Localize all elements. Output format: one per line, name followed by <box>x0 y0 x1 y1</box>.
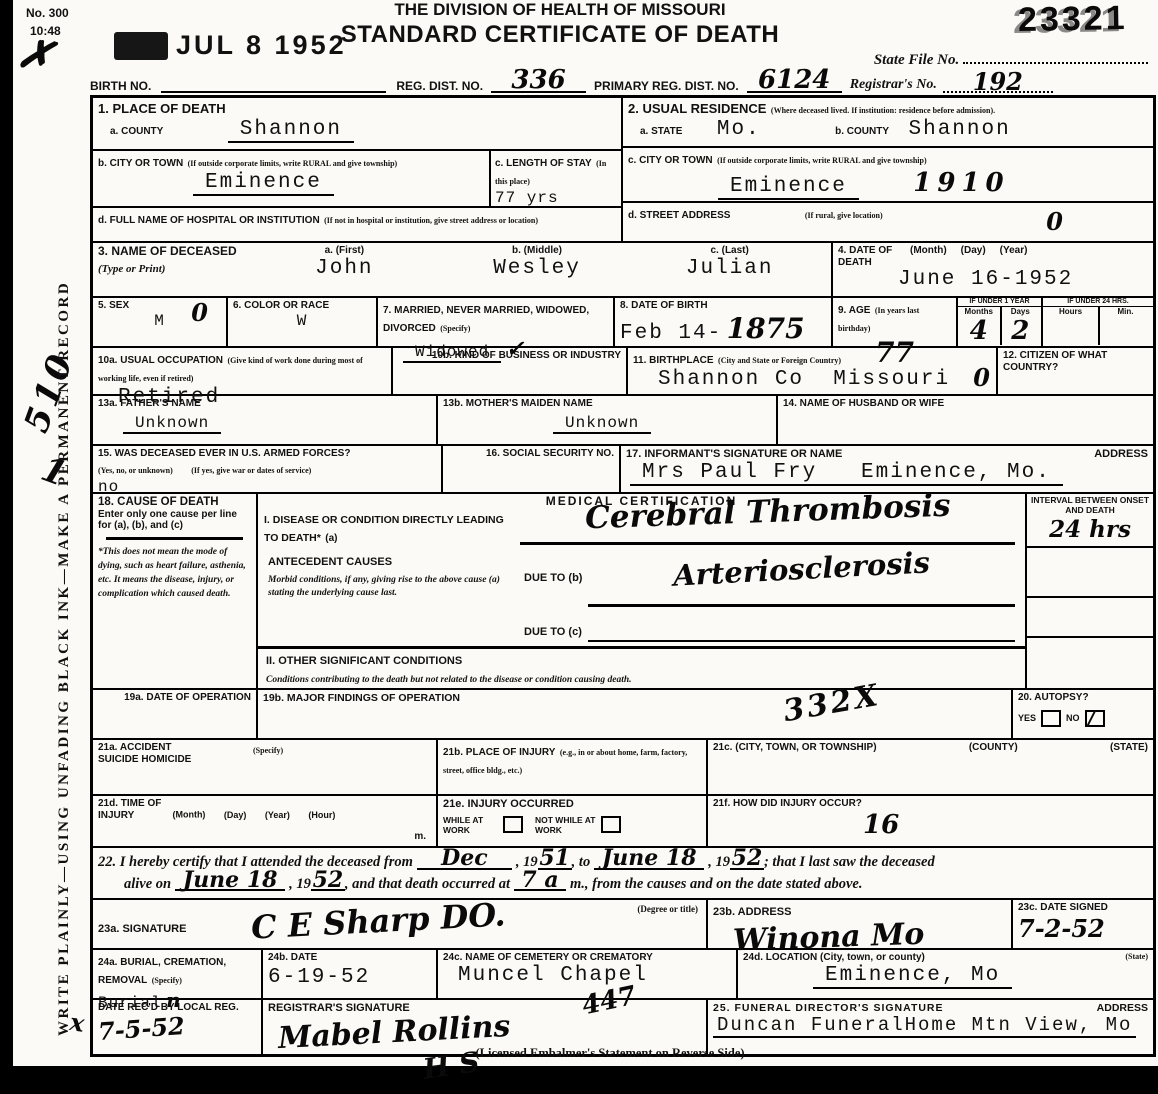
days-col: Days 2 <box>1000 307 1042 345</box>
middle-name-value: Wesley <box>493 257 581 280</box>
name-label-block: 3. NAME OF DECEASED (Type or Print) <box>98 245 248 294</box>
certify-text-5: ; that I last saw the deceased <box>764 855 935 870</box>
line-a-label: (a) <box>325 533 337 544</box>
mother-label: 13b. MOTHER'S MAIDEN NAME <box>443 398 771 410</box>
field-burial-type: 24a. BURIAL, CREMATION, REMOVAL (Specify… <box>93 950 263 998</box>
months-label: Months <box>958 307 1000 316</box>
dob-label: 8. DATE OF BIRTH <box>620 300 826 312</box>
under24-header: IF UNDER 24 HRS. <box>1043 298 1153 307</box>
injury-time-label: 21d. TIME OF INJURY <box>98 798 168 821</box>
residence-city-handwriting: 1910 <box>913 168 1009 198</box>
race-value: W <box>233 312 371 330</box>
hours-min-divider <box>1098 307 1100 345</box>
burial-date-label: 24b. DATE <box>268 952 431 964</box>
place-of-death-title: 1. PLACE OF DEATH <box>98 101 226 116</box>
funeral-director-value: Duncan FuneralHome Mtn View, Mo <box>713 1014 1136 1038</box>
death-certificate-scan: No. 300 10:48 ✗ 510 1 x WRITE PLAINLY—US… <box>0 0 1158 1094</box>
other-conditions-block: II. OTHER SIGNIFICANT CONDITIONS Conditi… <box>258 646 1025 689</box>
occupation-label: 10a. USUAL OCCUPATION <box>98 355 223 366</box>
filed-stamp: JUL 8 1952 <box>114 30 347 61</box>
spouse-label: 14. NAME OF HUSBAND OR WIFE <box>783 398 1148 410</box>
filed-date: JUL 8 1952 <box>176 30 347 61</box>
dob-handwriting: 1875 <box>727 312 805 345</box>
field-how-injury-occurred: 21f. HOW DID INJURY OCCUR? 16 <box>708 796 1153 846</box>
first-name-label: a. (First) <box>248 245 441 257</box>
field-accident-suicide: 21a. ACCIDENT SUICIDE HOMICIDE (Specify) <box>93 740 438 794</box>
field-informant: 17. INFORMANT'S SIGNATURE OR NAME ADDRES… <box>621 446 1153 492</box>
age-label: 9. AGE <box>838 305 870 316</box>
dod-day-label: (Day) <box>961 245 986 268</box>
primary-reg-value: 6124 <box>747 70 842 93</box>
name-title: 3. NAME OF DECEASED <box>98 245 248 259</box>
physician-address-label: 23b. ADDRESS <box>713 906 791 918</box>
line-b: Arteriosclerosis <box>588 552 1015 607</box>
residence-county-value: Shannon <box>908 118 1010 141</box>
certify-text-7: , 19 <box>289 877 311 892</box>
residence-city-cell: c. CITY OR TOWN (If outside corporate li… <box>623 148 1153 203</box>
row-sex-race-age: 5. SEX M 0 6. COLOR OR RACE W 7. MARRIED… <box>93 298 1153 348</box>
street-address-label: d. STREET ADDRESS <box>628 210 730 221</box>
field-date-of-birth: 8. DATE OF BIRTH Feb 14- 1875 <box>615 298 833 346</box>
hospital-name-cell: d. FULL NAME OF HOSPITAL OR INSTITUTION … <box>93 208 621 239</box>
cause-a-handwriting: Cerebral Thrombosis <box>584 488 951 537</box>
field-time-of-injury: 21d. TIME OF INJURY (Month) (Day) (Year)… <box>93 796 438 846</box>
residence-state-county: 2. USUAL RESIDENCE (Where deceased lived… <box>623 98 1153 148</box>
residence-title: 2. USUAL RESIDENCE <box>628 101 766 116</box>
field-date-received: DATE REC'D BY LOCAL REG. 7-5-52 <box>93 1000 263 1054</box>
row-operation-autopsy: 19a. DATE OF OPERATION 19b. MAJOR FINDIN… <box>93 690 1153 740</box>
field-birthplace: 11. BIRTHPLACE (City and State or Foreig… <box>628 348 998 394</box>
certify-text-6: alive on <box>124 877 171 892</box>
citizen-label: 12. CITIZEN OF WHAT COUNTRY? <box>1003 350 1148 373</box>
under1yr-header: IF UNDER 1 YEAR <box>958 298 1041 307</box>
cemetery-label: 24c. NAME OF CEMETERY OR CREMATORY <box>443 952 731 964</box>
field-citizen: 12. CITIZEN OF WHAT COUNTRY? <box>998 348 1153 394</box>
state-file-label-text: State File No. <box>874 52 959 68</box>
dod-year-label: (Year) <box>1000 245 1028 268</box>
days-value: 2 <box>1011 316 1029 346</box>
registration-line: BIRTH NO. REG. DIST. NO. 336 PRIMARY REG… <box>90 70 1156 93</box>
field-usual-residence: 2. USUAL RESIDENCE (Where deceased lived… <box>623 98 1153 241</box>
industry-label: 10b. KIND OF BUSINESS OR INDUSTRY <box>398 350 621 362</box>
birthplace-note: (City and State or Foreign Country) <box>718 356 841 365</box>
certify-from-month: Dec <box>417 850 512 870</box>
residence-county-label: b. COUNTY <box>835 126 889 138</box>
field-armed-forces: 15. WAS DECEASED EVER IN U.S. ARMED FORC… <box>93 446 443 492</box>
certify-death-hour: 7 a <box>514 872 566 892</box>
autopsy-no-mark: ∕ <box>1088 706 1095 730</box>
months-value: 4 <box>970 316 988 346</box>
field-father-name: 13a. FATHER'S NAME Unknown <box>93 396 438 444</box>
burial-location-state-label: (State) <box>1125 952 1148 964</box>
mother-value: Unknown <box>553 414 651 434</box>
certify-text-9: m., from the causes and on the date stat… <box>570 877 862 892</box>
certify-alive-year: 52 <box>311 872 345 892</box>
place-of-death-county: 1. PLACE OF DEATH a. COUNTY Shannon <box>93 98 621 151</box>
embalmer-note: (Licensed Embalmer's Statement on Revers… <box>330 1046 890 1061</box>
physician-signature-handwriting: C E Sharp DO. <box>250 895 506 946</box>
other-conditions-label: II. OTHER SIGNIFICANT CONDITIONS <box>266 655 462 667</box>
accident-label: 21a. ACCIDENT SUICIDE HOMICIDE <box>98 742 208 765</box>
armed-forces-label: 15. WAS DECEASED EVER IN U.S. ARMED FORC… <box>98 448 436 460</box>
last-name-label: c. (Last) <box>633 245 826 257</box>
armed-forces-value: no <box>98 478 119 496</box>
row-accident: 21a. ACCIDENT SUICIDE HOMICIDE (Specify)… <box>93 740 1153 796</box>
field-place-of-death: 1. PLACE OF DEATH a. COUNTY Shannon b. C… <box>93 98 623 241</box>
birthplace-handwriting: 0 <box>973 363 990 392</box>
hours-col: Hours <box>1043 307 1098 345</box>
funeral-director-label: 25. FUNERAL DIRECTOR'S SIGNATURE <box>713 1002 944 1014</box>
county-label: a. COUNTY <box>110 126 163 138</box>
autopsy-yes-checkbox <box>1041 710 1061 727</box>
field-burial-location: 24d. LOCATION (City, town, or county) (S… <box>738 950 1153 998</box>
scan-edge-left <box>0 0 13 1094</box>
state-file-number-stamp: 23321 <box>1018 0 1128 40</box>
field-certify-statement: 22. I hereby certify that I attended the… <box>93 848 1153 898</box>
field-injury-location: 21c. (CITY, TOWN, OR TOWNSHIP) (COUNTY) … <box>708 740 1153 794</box>
interval-line-c <box>1027 598 1153 638</box>
city-value: Eminence <box>193 171 334 196</box>
field-industry: 10b. KIND OF BUSINESS OR INDUSTRY <box>393 348 628 394</box>
field-cause-of-death-notes: 18. CAUSE OF DEATH Enter only one cause … <box>93 494 258 688</box>
field-spouse-name: 14. NAME OF HUSBAND OR WIFE <box>778 396 1153 444</box>
injury-year-label: (Year) <box>265 810 290 820</box>
state-file-label: State File No. <box>874 48 1148 69</box>
dob-typed: Feb 14- <box>620 322 722 345</box>
father-label: 13a. FATHER'S NAME <box>98 398 431 410</box>
city-or-town-cell: b. CITY OR TOWN (If outside corporate li… <box>93 151 491 206</box>
burial-date-value: 6-19-52 <box>268 966 370 989</box>
hospital-label: d. FULL NAME OF HOSPITAL OR INSTITUTION <box>98 215 320 226</box>
injury-city-label: 21c. (CITY, TOWN, OR TOWNSHIP) <box>713 742 877 754</box>
informant-value: Mrs Paul Fry Eminence, Mo. <box>630 461 1063 486</box>
disease-label-block: I. DISEASE OR CONDITION DIRECTLY LEADING… <box>264 510 514 546</box>
street-address-handwriting: 0 <box>1046 207 1063 236</box>
hospital-note: (If not in hospital or institution, give… <box>324 216 538 225</box>
cause-note2: *This does not mean the mode of dying, s… <box>98 546 251 601</box>
field-age: 9. AGE (In years last birthday) 77 <box>833 298 958 346</box>
field-injury-occurred: 21e. INJURY OCCURRED WHILE AT WORK NOT W… <box>438 796 708 846</box>
race-label: 6. COLOR OR RACE <box>233 300 371 312</box>
accident-note: (Specify) <box>253 746 283 755</box>
certify-text-8: , and that death occurred at <box>345 877 510 892</box>
not-while-at-work-label: NOT WHILE AT WORK <box>535 815 597 835</box>
reg-dist-value: 336 <box>491 70 586 93</box>
county-value: Shannon <box>228 118 354 143</box>
residence-city-label: c. CITY OR TOWN <box>628 155 713 166</box>
armed-forces-note2: (If yes, give war or dates of service) <box>191 466 311 475</box>
residence-city-value: Eminence <box>718 175 859 200</box>
autopsy-no-checkbox: ∕ <box>1085 710 1105 727</box>
injury-month-label: (Month) <box>172 810 205 820</box>
date-signed-label: 23c. DATE SIGNED <box>1018 902 1148 914</box>
field-place-of-injury: 21b. PLACE OF INJURY (e.g., in or about … <box>438 740 708 794</box>
certify-text-3: , to <box>572 855 591 870</box>
date-signed-handwriting: 7-2-52 <box>1018 914 1105 943</box>
division-title: THE DIVISION OF HEALTH OF MISSOURI <box>250 0 870 20</box>
cause-b-handwriting: Arteriosclerosis <box>672 545 930 592</box>
form-number: No. 300 <box>26 6 69 20</box>
interval-line-a: 24 hrs <box>1027 516 1153 548</box>
name-note: (Type or Print) <box>98 263 165 275</box>
injury-hour-label: (Hour) <box>308 810 335 820</box>
birth-no-blank <box>161 77 386 93</box>
residence-city-note: (If outside corporate limits, write RURA… <box>717 156 927 165</box>
pen-scribble-top: ✗ <box>13 27 58 82</box>
residence-state-label: a. STATE <box>640 126 682 138</box>
street-address-note: (If rural, give location) <box>805 211 883 220</box>
field-burial-date: 24b. DATE 6-19-52 <box>263 950 438 998</box>
how-injury-scribble: 16 <box>863 810 899 840</box>
degree-note: (Degree or title) <box>637 904 698 914</box>
field-date-signed: 23c. DATE SIGNED 7-2-52 <box>1013 900 1153 948</box>
certify-alive-month: June 18 <box>175 872 285 892</box>
certify-to-year: 52 <box>730 850 764 870</box>
row-injury-time: 21d. TIME OF INJURY (Month) (Day) (Year)… <box>93 796 1153 848</box>
informant-label: 17. INFORMANT'S SIGNATURE OR NAME <box>626 448 842 461</box>
field-operation-findings: 19b. MAJOR FINDINGS OF OPERATION 332X <box>258 690 1013 738</box>
row-physician: 23a. SIGNATURE C E Sharp DO. (Degree or … <box>93 900 1153 950</box>
middle-name-label: b. (Middle) <box>441 245 634 257</box>
informant-address-label: ADDRESS <box>1094 448 1148 461</box>
row-certify: 22. I hereby certify that I attended the… <box>93 848 1153 900</box>
autopsy-no-label: NO <box>1066 713 1080 723</box>
length-of-stay-label: c. LENGTH OF STAY <box>495 158 592 169</box>
injury-county-label: (COUNTY) <box>969 742 1018 754</box>
row-cause-of-death: 18. CAUSE OF DEATH Enter only one cause … <box>93 494 1153 690</box>
city-label: b. CITY OR TOWN <box>98 158 183 169</box>
first-name-col: a. (First) John <box>248 245 441 294</box>
autopsy-label: 20. AUTOPSY? <box>1018 692 1148 704</box>
hours-label: Hours <box>1043 307 1098 316</box>
field-under-1-year: IF UNDER 1 YEAR Months 4 Days 2 <box>958 298 1043 346</box>
birthplace-label: 11. BIRTHPLACE <box>633 355 714 366</box>
date-received-handwriting: 7-5-52 <box>97 1011 186 1046</box>
residence-note: (Where deceased lived. If institution: r… <box>771 106 995 115</box>
signature-label: 23a. SIGNATURE <box>98 923 186 935</box>
row-occupation-birthplace: 10a. USUAL OCCUPATION (Give kind of work… <box>93 348 1153 396</box>
field-autopsy: 20. AUTOPSY? YES NO ∕ <box>1013 690 1153 738</box>
registrar-no-value: 192 <box>943 72 1053 93</box>
primary-reg-label: PRIMARY REG. DIST. NO. <box>594 79 739 93</box>
field-occupation: 10a. USUAL OCCUPATION (Give kind of work… <box>93 348 393 394</box>
father-value: Unknown <box>123 414 221 434</box>
min-col: Min. <box>1098 307 1153 345</box>
not-while-at-work-checkbox <box>601 816 621 833</box>
days-label: Days <box>1000 307 1042 316</box>
injury-place-label: 21b. PLACE OF INJURY <box>443 747 555 758</box>
interval-header: INTERVAL BETWEEN ONSET AND DEATH <box>1027 496 1153 516</box>
filed-stamp-icon <box>114 32 168 60</box>
interval-line-b <box>1027 548 1153 598</box>
burial-location-label: 24d. LOCATION (City, town, or county) <box>743 952 925 964</box>
antecedent-label: ANTECEDENT CAUSES <box>268 556 392 569</box>
marital-label: 7. MARRIED, NEVER MARRIED, WIDOWED, DIVO… <box>383 305 589 334</box>
middle-name-col: b. (Middle) Wesley <box>441 245 634 294</box>
line-c <box>588 604 1015 642</box>
burial-note: (Specify) <box>152 976 182 985</box>
field-under-24-hrs: IF UNDER 24 HRS. Hours Min. <box>1043 298 1153 346</box>
margin-instruction: WRITE PLAINLY—USING UNFADING BLACK INK—M… <box>56 121 73 1036</box>
field-color-race: 6. COLOR OR RACE W <box>228 298 378 346</box>
dod-value: June 16-1952 <box>898 268 1073 291</box>
field-marital-status: 7. MARRIED, NEVER MARRIED, WIDOWED, DIVO… <box>378 298 615 346</box>
divider <box>106 537 243 540</box>
injury-state-label: (STATE) <box>1110 742 1148 754</box>
dotted-line <box>963 48 1148 64</box>
scan-edge-bottom <box>0 1066 1158 1094</box>
autopsy-yes-label: YES <box>1018 713 1036 723</box>
min-label: Min. <box>1098 307 1153 316</box>
while-at-work-checkbox <box>503 816 523 833</box>
injury-m-label: m. <box>414 831 426 843</box>
field-mother-name: 13b. MOTHER'S MAIDEN NAME Unknown <box>438 396 778 444</box>
cause-title: 18. CAUSE OF DEATH <box>98 496 251 509</box>
operation-findings-label: 19b. MAJOR FINDINGS OF OPERATION <box>263 692 1006 704</box>
injury-day-label: (Day) <box>224 810 247 820</box>
morbid-note: Morbid conditions, if any, giving rise t… <box>268 574 518 601</box>
burial-location-value: Eminence, Mo <box>813 964 1012 989</box>
months-col: Months 4 <box>958 307 1000 345</box>
row-place-residence: 1. PLACE OF DEATH a. COUNTY Shannon b. C… <box>93 98 1153 243</box>
field-interval: INTERVAL BETWEEN ONSET AND DEATH 24 hrs <box>1027 494 1153 688</box>
field-date-of-operation: 19a. DATE OF OPERATION <box>93 690 258 738</box>
funeral-director-address-label: ADDRESS <box>1097 1002 1148 1014</box>
dod-label: 4. DATE OF DEATH <box>838 245 896 268</box>
months-days-divider <box>1000 307 1002 345</box>
marital-note: (Specify) <box>440 324 470 333</box>
place-of-death-city: b. CITY OR TOWN (If outside corporate li… <box>93 151 621 208</box>
row-name-dod: 3. NAME OF DECEASED (Type or Print) a. (… <box>93 243 1153 298</box>
field-medical-certification: MEDICAL CERTIFICATION I. DISEASE OR COND… <box>258 494 1027 688</box>
city-note: (If outside corporate limits, write RURA… <box>188 159 398 168</box>
last-name-col: c. (Last) Julian <box>633 245 826 294</box>
ssn-label: 16. SOCIAL SECURITY NO. <box>448 448 614 460</box>
sex-handwriting: 0 <box>191 298 208 327</box>
field-physician-address: 23b. ADDRESS Winona Mo <box>708 900 1013 948</box>
birth-no-label: BIRTH NO. <box>90 79 151 93</box>
armed-forces-note1: (Yes, no, or unknown) <box>98 466 173 475</box>
field-date-of-death: 4. DATE OF DEATH (Month) (Day) (Year) Ju… <box>833 243 1153 296</box>
reg-dist-label: REG. DIST. NO. <box>396 79 483 93</box>
last-name-value: Julian <box>686 257 774 280</box>
dod-month-label: (Month) <box>910 245 947 268</box>
row-service-informant: 15. WAS DECEASED EVER IN U.S. ARMED FORC… <box>93 446 1153 494</box>
birthplace-value: Shannon Co Missouri <box>658 368 950 391</box>
while-at-work-label: WHILE AT WORK <box>443 815 499 835</box>
street-address-cell: d. STREET ADDRESS (If rural, give locati… <box>623 203 1153 239</box>
field-name-of-deceased: 3. NAME OF DECEASED (Type or Print) a. (… <box>93 243 833 296</box>
certify-to-month: June 18 <box>594 850 704 870</box>
line-a: Cerebral Thrombosis <box>520 494 1015 545</box>
interval-value: 24 hrs <box>1049 516 1131 543</box>
field-physician-signature: 23a. SIGNATURE C E Sharp DO. (Degree or … <box>93 900 708 948</box>
other-conditions-note: Conditions contributing to the death but… <box>266 675 632 685</box>
length-of-stay-value: 77 yrs <box>495 189 559 207</box>
due-to-b-label: DUE TO (b) <box>524 572 582 585</box>
certificate-form: 1. PLACE OF DEATH a. COUNTY Shannon b. C… <box>90 95 1156 1057</box>
certificate-header: THE DIVISION OF HEALTH OF MISSOURI STAND… <box>90 0 1156 95</box>
registrar-no-label: Registrar's No. <box>850 77 937 93</box>
field-sex: 5. SEX M 0 <box>93 298 228 346</box>
first-name-value: John <box>315 257 373 280</box>
disease-label: I. DISEASE OR CONDITION DIRECTLY LEADING… <box>264 514 504 544</box>
certify-text-4: , 19 <box>708 855 730 870</box>
length-of-stay-cell: c. LENGTH OF STAY (In this place) 77 yrs <box>491 151 621 206</box>
residence-state-value: Mo. <box>717 118 761 141</box>
cause-note1: Enter only one cause per line for (a), (… <box>98 509 251 531</box>
row-parents: 13a. FATHER'S NAME Unknown 13b. MOTHER'S… <box>93 396 1153 446</box>
injury-occurred-label: 21e. INJURY OCCURRED <box>443 798 701 811</box>
field-ssn: 16. SOCIAL SECURITY NO. <box>443 446 621 492</box>
how-injury-label: 21f. HOW DID INJURY OCCUR? <box>713 798 1148 810</box>
operation-date-label: 19a. DATE OF OPERATION <box>98 692 251 704</box>
due-to-c-label: DUE TO (c) <box>524 626 582 639</box>
